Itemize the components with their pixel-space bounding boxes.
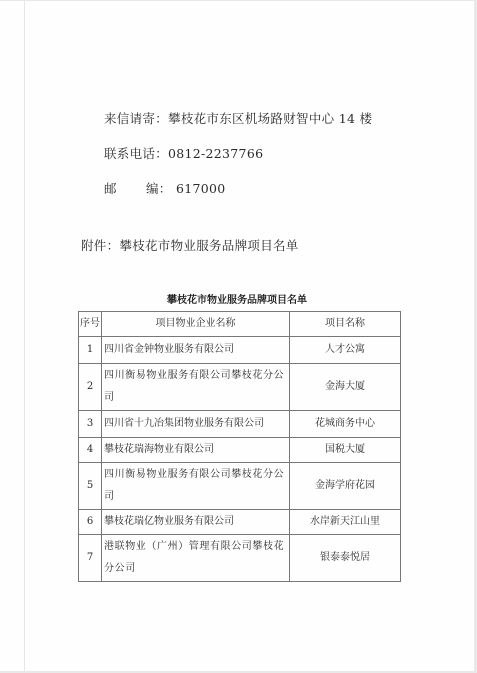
header-company: 项目物业企业名称 — [102, 312, 290, 337]
postcode-value: 617000 — [176, 181, 226, 196]
table-row: 4 攀枝花瑞海物业有限公司 国税大厦 — [79, 438, 401, 463]
header-no: 序号 — [79, 312, 102, 337]
header-project: 项目名称 — [290, 312, 401, 337]
table-title: 攀枝花市物业服务品牌项目名单 — [0, 291, 474, 306]
table-row: 5 四川衡易物业服务有限公司攀枝花分公司 金海学府花园 — [79, 463, 401, 510]
scan-edge-line — [24, 1, 25, 671]
table-header-row: 序号 项目物业企业名称 项目名称 — [79, 312, 401, 337]
address-value: 攀枝花市东区机场路财智中心 14 楼 — [168, 111, 372, 126]
table-row: 7 港联物业（广州）管理有限公司攀枝花分公司 银泰泰悦居 — [79, 535, 401, 582]
attachment-line: 附件：攀枝花市物业服务品牌项目名单 — [81, 236, 299, 254]
document-page: 来信请寄：攀枝花市东区机场路财智中心 14 楼 联系电话：0812-223776… — [0, 1, 474, 671]
phone-line: 联系电话：0812-2237766 — [104, 144, 263, 162]
phone-label: 联系电话： — [104, 144, 168, 162]
table-row: 3 四川省十九冶集团物业服务有限公司 花城商务中心 — [79, 411, 401, 438]
table-row: 6 攀枝花瑞亿物业服务有限公司 水岸新天江山里 — [79, 510, 401, 535]
postcode-label: 邮编： — [104, 179, 176, 197]
address-line: 来信请寄：攀枝花市东区机场路财智中心 14 楼 — [104, 109, 372, 127]
table-row: 1 四川省金钟物业服务有限公司 人才公寓 — [79, 337, 401, 364]
brand-project-table: 序号 项目物业企业名称 项目名称 1 四川省金钟物业服务有限公司 人才公寓 2 … — [78, 311, 401, 582]
phone-value: 0812-2237766 — [168, 146, 263, 161]
table-row: 2 四川衡易物业服务有限公司攀枝花分公司 金海大厦 — [79, 364, 401, 411]
address-label: 来信请寄： — [104, 109, 168, 127]
postcode-line: 邮编：617000 — [104, 179, 226, 197]
